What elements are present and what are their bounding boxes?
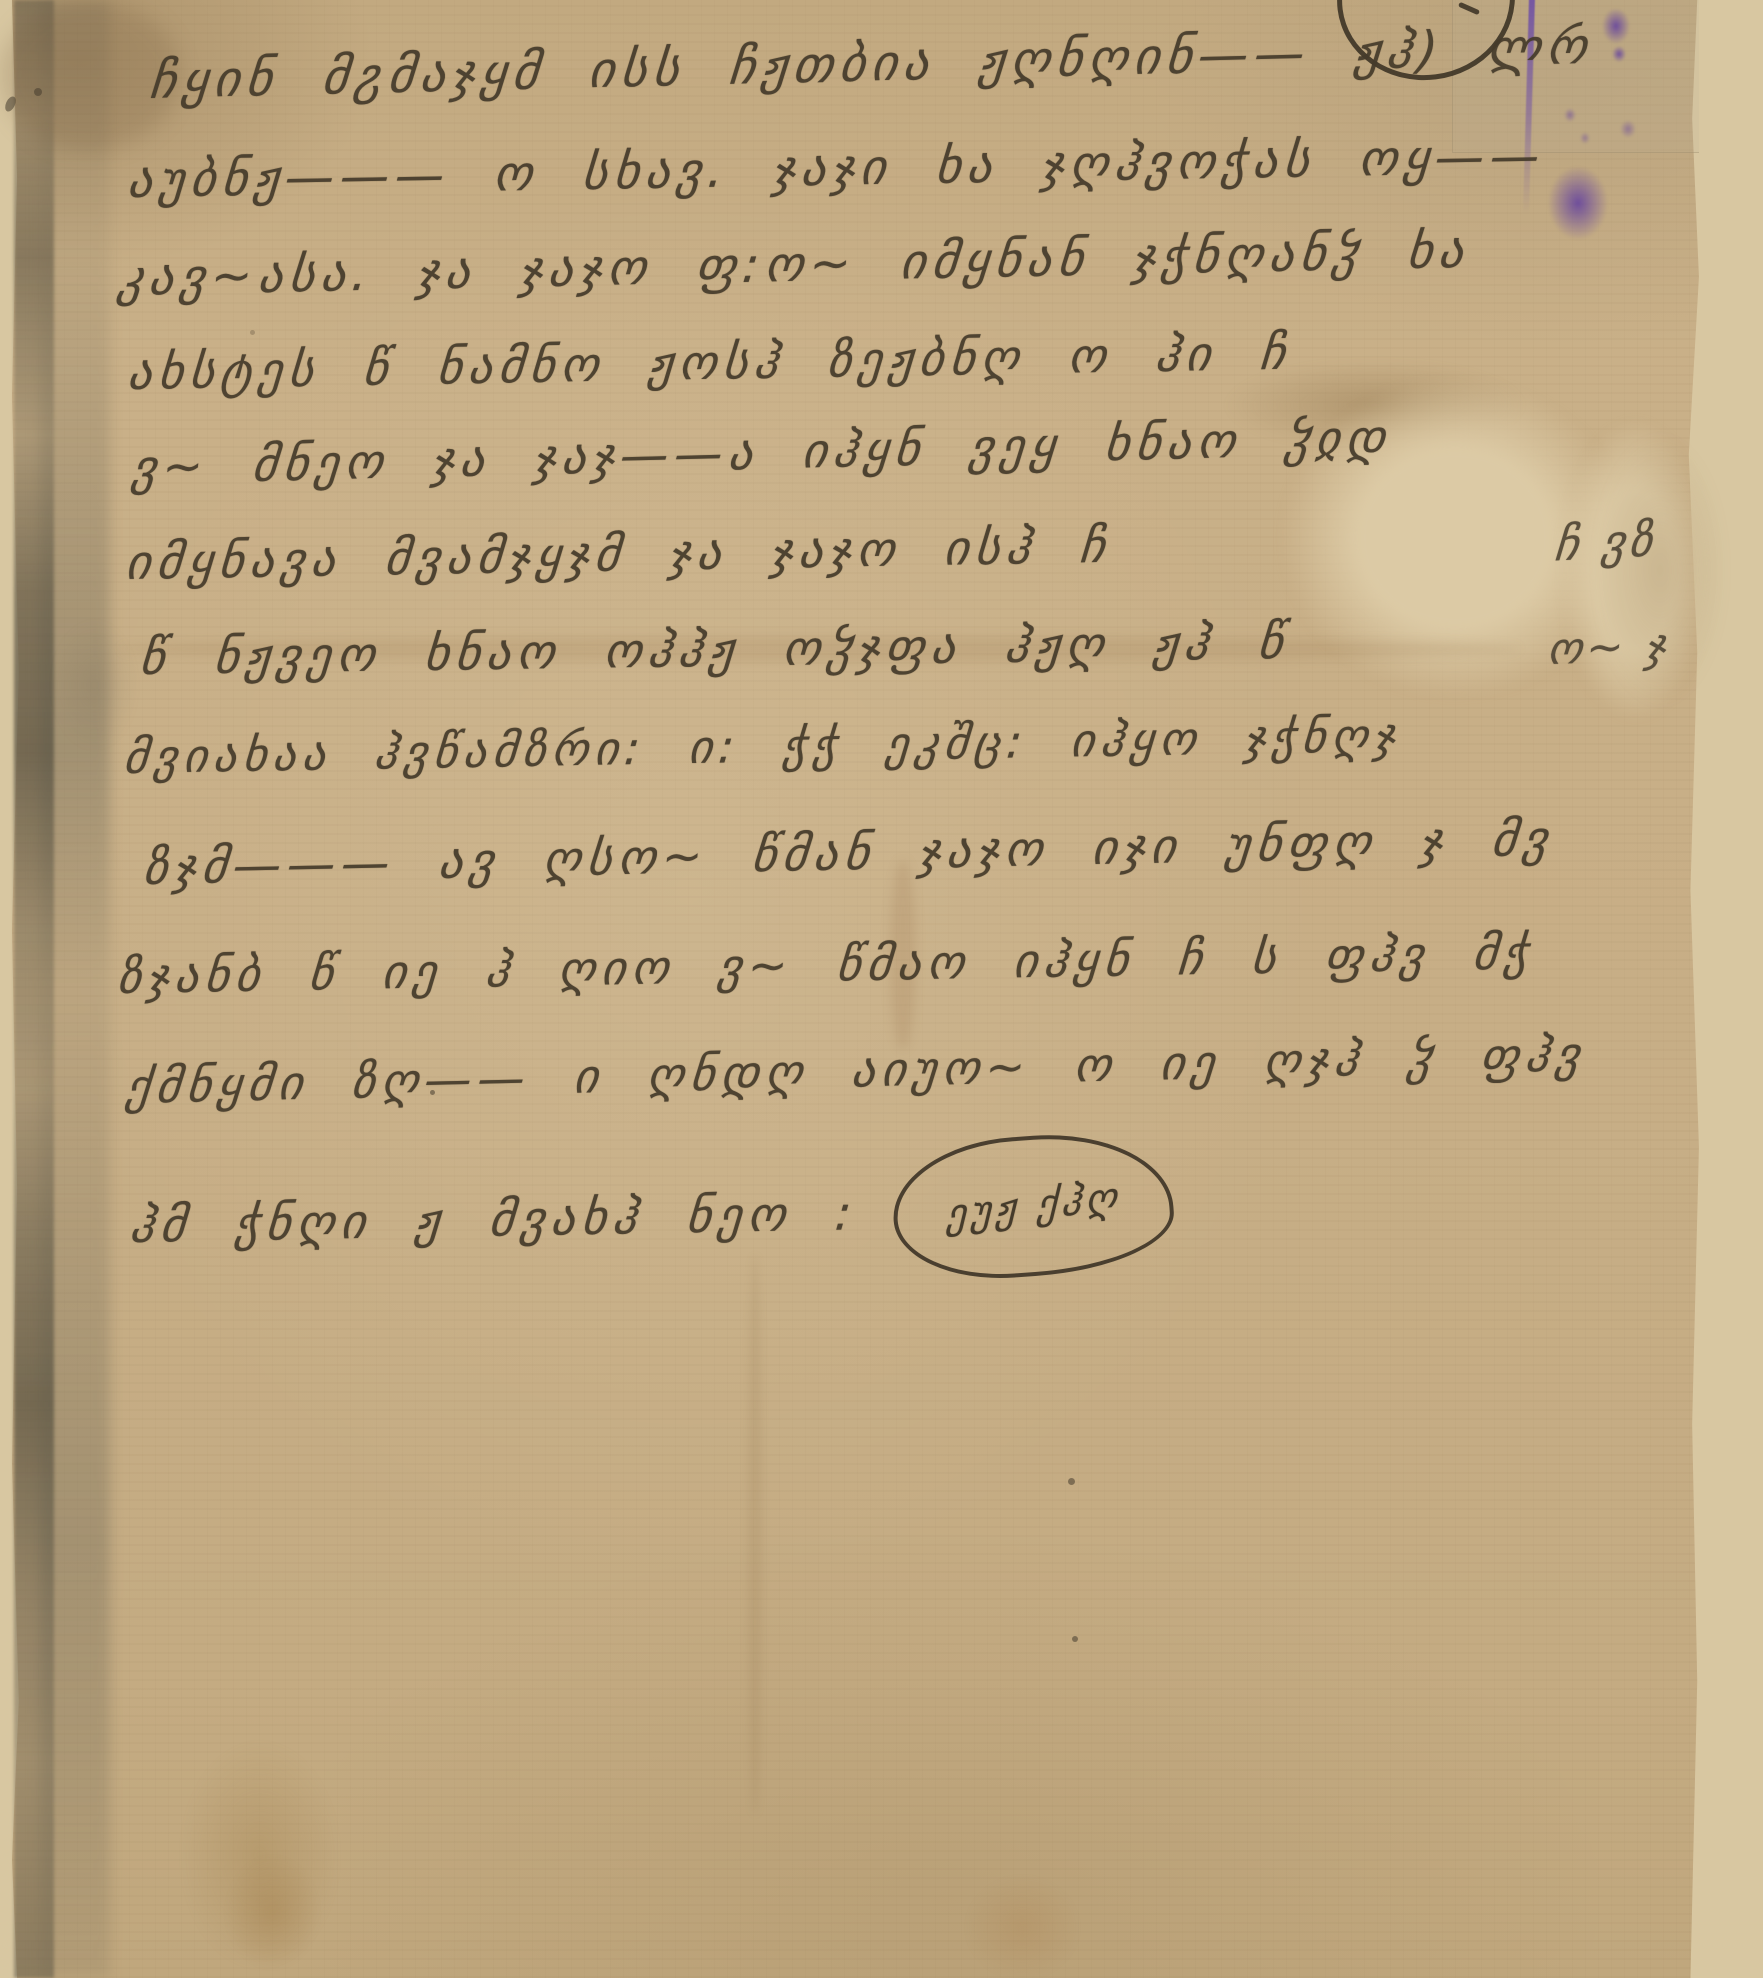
crease-vertical xyxy=(748,1255,762,1815)
edge-fragment: ჩ ვზ xyxy=(1552,512,1659,571)
purple-ink-speck xyxy=(1580,132,1590,144)
scanned-manuscript: { "document": { "description": "Aged han… xyxy=(0,0,1763,1978)
purple-ink-blob xyxy=(1548,166,1608,240)
purple-ink-dot xyxy=(1612,46,1626,62)
paper-speck xyxy=(1068,1478,1075,1485)
stain-bottom-left-2 xyxy=(225,1855,320,1970)
purple-ink-speck xyxy=(1564,108,1576,122)
circled-word: ეუჟ ქჰღ xyxy=(945,1174,1121,1239)
paper-speck xyxy=(250,330,255,335)
torn-edge-left-shading xyxy=(40,0,110,1978)
paper-speck xyxy=(1072,1636,1078,1642)
purple-ink-dot xyxy=(1602,8,1630,44)
purple-ink-speck xyxy=(1620,120,1636,138)
paper-speck xyxy=(34,88,42,96)
stain-left-margin xyxy=(52,620,137,750)
edge-fragment: ო~ ჯ xyxy=(1545,620,1672,675)
stain-bottom-center xyxy=(965,1875,1080,1978)
